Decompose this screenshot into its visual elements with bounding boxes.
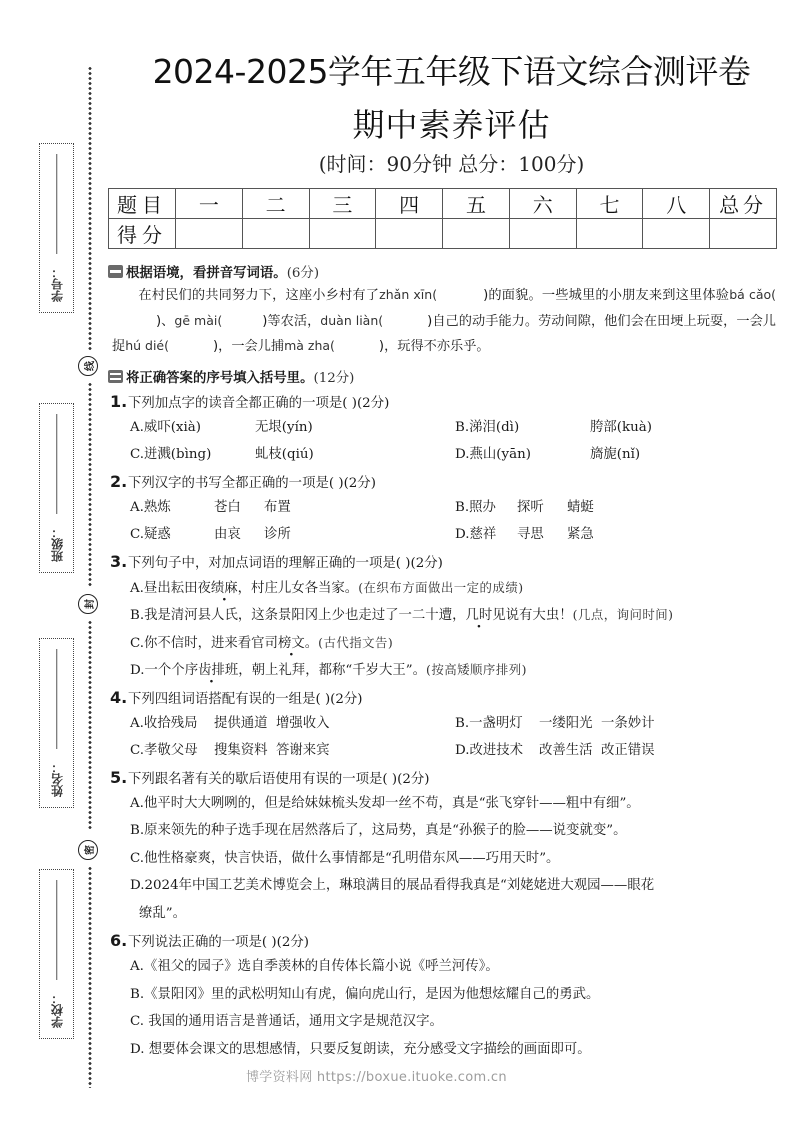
option-a[interactable]: A.昼出耘田夜绩麻，村庄儿女各当家。(在织布方面做出一定的成绩) bbox=[108, 574, 780, 602]
school-label: 学校： bbox=[48, 992, 65, 1028]
fill-line bbox=[56, 880, 58, 980]
score-cell-1[interactable] bbox=[176, 219, 243, 249]
name-field[interactable]: 姓名： bbox=[39, 638, 74, 808]
option-b[interactable]: B.一盏明灯 bbox=[455, 710, 539, 737]
question-5: 5.下列跟名著有关的歇后语使用有误的一项是( )(2分) A.他平时大大咧咧的，… bbox=[108, 766, 780, 928]
question-stem: 下列说法正确的一项是( )(2分) bbox=[128, 931, 309, 955]
col-6: 六 bbox=[509, 189, 576, 219]
fill-line bbox=[56, 154, 58, 254]
section-1-title: 根据语境，看拼音写词语。 bbox=[126, 262, 287, 281]
class-label: 班级： bbox=[48, 526, 65, 562]
option-word: 一缕阳光 bbox=[539, 710, 601, 737]
option-d-2: 旖旎(nǐ) bbox=[590, 441, 640, 468]
col-1: 一 bbox=[176, 189, 243, 219]
option-note: (在织布方面做出一定的成绩) bbox=[358, 580, 523, 595]
section-2-heading: 将正确答案的序号填入括号里。 (12分) bbox=[108, 366, 780, 388]
student-id-field[interactable]: 学号： bbox=[39, 143, 74, 313]
option-b[interactable]: B.《景阳冈》里的武松明知山有虎，偏向虎山行，是因为他想炫耀自己的勇武。 bbox=[108, 981, 780, 1009]
option-a[interactable]: A.《祖父的园子》选自季羡林的自传体长篇小说《呼兰河传》。 bbox=[108, 953, 780, 981]
score-cell-5[interactable] bbox=[443, 219, 510, 249]
name-label: 姓名： bbox=[48, 761, 65, 797]
pinyin-bacao: bá cǎo( bbox=[729, 287, 776, 302]
option-row: A.熟炼苍白布置 B.照办探听蜻蜓 bbox=[108, 494, 780, 521]
score-cell-6[interactable] bbox=[509, 219, 576, 249]
section-two-icon bbox=[108, 370, 123, 383]
score-cell-3[interactable] bbox=[309, 219, 376, 249]
passage-text: )的面貌。一些城里的小朋友来到这里体验 bbox=[483, 288, 729, 303]
col-total: 总分 bbox=[710, 189, 777, 219]
question-number: 5. bbox=[110, 766, 128, 790]
option-c-2: 虬枝(qiú) bbox=[255, 441, 314, 468]
option-d-continued: 缭乱”。 bbox=[108, 900, 780, 928]
passage-text: )等农活， bbox=[262, 314, 320, 329]
question-stem: 下列四组词语搭配有误的一组是( )(2分) bbox=[128, 688, 363, 712]
section-2-points: (12分) bbox=[313, 367, 354, 386]
option-note: (古代指文告) bbox=[318, 635, 393, 650]
option-word: 增强收入 bbox=[276, 710, 330, 737]
question-number: 3. bbox=[110, 550, 128, 574]
seal-dotted-line bbox=[88, 620, 92, 830]
option-word: 由哀 bbox=[214, 521, 264, 548]
exam-title: 2024-2025学年五年级下语文综合测评卷 bbox=[110, 46, 793, 93]
question-number: 1. bbox=[110, 390, 128, 414]
seal-mark-feng: 封 bbox=[78, 594, 98, 614]
school-field[interactable]: 学校： bbox=[39, 869, 74, 1039]
option-c[interactable]: C.他性格豪爽，快言快语，做什么事情都是“孔明借东风——巧用天时”。 bbox=[108, 845, 780, 873]
col-3: 三 bbox=[309, 189, 376, 219]
option-d[interactable]: D.一个个序齿排班，朝上礼拜，都称“千岁大王”。(按高矮顺序排列) bbox=[108, 656, 780, 684]
option-word: 改善生活 bbox=[539, 737, 601, 764]
fill-line bbox=[56, 649, 58, 749]
option-row: A.收拾残局提供通道增强收入 B.一盏明灯一缕阳光一条妙计 bbox=[108, 710, 780, 737]
option-c[interactable]: C.你不信时，进来看官司榜文。(古代指文告) bbox=[108, 629, 780, 657]
score-table-score-row: 得分 bbox=[109, 219, 777, 249]
option-row: C.疑惑由哀诊所 D.慈祥寻思紧急 bbox=[108, 521, 780, 548]
option-a[interactable]: A.他平时大大咧咧的，但是给妹妹梳头发却一丝不苟，真是“张飞穿针——粗中有细”。 bbox=[108, 790, 780, 818]
option-row: C.孝敬父母搜集资料答谢来宾 D.改进技术改善生活改正错误 bbox=[108, 737, 780, 764]
pinyin-mazha: mà zha( bbox=[284, 338, 335, 353]
option-text: D.一个个 bbox=[130, 663, 185, 678]
section-1-points: (6分) bbox=[287, 262, 319, 281]
option-d[interactable]: D.改进技术 bbox=[455, 737, 539, 764]
dotted-word: 序齿排班 bbox=[185, 663, 239, 678]
option-word: 诊所 bbox=[264, 521, 291, 548]
passage-text: )，一会儿捕 bbox=[213, 339, 284, 354]
binding-margin: 线 封 密 学号： 班级： 姓名： 学校： bbox=[0, 0, 105, 1122]
score-cell-7[interactable] bbox=[576, 219, 643, 249]
seal-mark-mi: 密 bbox=[78, 840, 98, 860]
exam-subtitle: 期中素养评估 bbox=[110, 100, 793, 146]
exam-meta: (时间：90分钟 总分：100分) bbox=[110, 148, 793, 177]
option-text: C.你不信时，进来看官司 bbox=[130, 636, 278, 651]
question-6: 6.下列说法正确的一项是( )(2分) A.《祖父的园子》选自季羡林的自传体长篇… bbox=[108, 929, 780, 1063]
option-note: (几点，询问时间) bbox=[573, 607, 674, 622]
option-a-1[interactable]: A.威吓(xià) bbox=[130, 414, 255, 441]
option-word: 苍白 bbox=[214, 494, 264, 521]
option-d[interactable]: D.2024年中国工艺美术博览会上，琳琅满目的展品看得我真是“刘姥姥进大观园——… bbox=[108, 872, 780, 900]
col-8: 八 bbox=[643, 189, 710, 219]
option-word: 提供通道 bbox=[214, 710, 276, 737]
option-d[interactable]: D. 想要体会课文的思想感情，只要反复朗读，充分感受文字描绘的画面即可。 bbox=[108, 1036, 780, 1064]
col-5: 五 bbox=[443, 189, 510, 219]
option-c-1[interactable]: C.迸溅(bìng) bbox=[130, 441, 255, 468]
question-stem: 下列汉字的书写全都正确的一项是( )(2分) bbox=[128, 472, 376, 496]
option-b[interactable]: B.原来领先的种子选手现在居然落后了，这局势，真是“孙猴子的脸——说变就变”。 bbox=[108, 817, 780, 845]
option-b[interactable]: B.照办 bbox=[455, 494, 517, 521]
option-text: B.我是清河县人氏，这条景阳冈上少也走过了一二十遭， bbox=[130, 608, 465, 623]
option-word: 蜻蜓 bbox=[567, 494, 594, 521]
row-head-score: 得分 bbox=[109, 219, 176, 249]
option-text: ，村庄儿女各当家。 bbox=[238, 581, 359, 596]
score-table: 题目 一 二 三 四 五 六 七 八 总分 得分 bbox=[108, 188, 777, 249]
score-cell-4[interactable] bbox=[376, 219, 443, 249]
option-note: (按高矮顺序排列) bbox=[426, 662, 527, 677]
option-word: 紧急 bbox=[567, 521, 594, 548]
option-word: 布置 bbox=[264, 494, 291, 521]
col-4: 四 bbox=[376, 189, 443, 219]
class-field[interactable]: 班级： bbox=[39, 403, 74, 573]
score-cell-8[interactable] bbox=[643, 219, 710, 249]
section-one-icon bbox=[108, 265, 123, 278]
option-word: 搜集资料 bbox=[214, 737, 276, 764]
option-row: C.迸溅(bìng)虬枝(qiú) D.燕山(yān)旖旎(nǐ) bbox=[108, 441, 780, 468]
passage-text: )，玩得不亦乐乎。 bbox=[379, 339, 490, 354]
option-text: 见说有大虫！ bbox=[492, 608, 572, 623]
pinyin-hudie: hú dié( bbox=[125, 338, 169, 353]
score-cell-2[interactable] bbox=[242, 219, 309, 249]
question-number: 6. bbox=[110, 929, 128, 953]
pinyin-gemai: gē mài( bbox=[174, 313, 222, 328]
option-text: ，朝上礼拜，都称“千岁大王”。 bbox=[238, 663, 426, 678]
option-a[interactable]: A.收拾残局 bbox=[130, 710, 214, 737]
option-word: 探听 bbox=[517, 494, 567, 521]
passage-text: )、 bbox=[156, 314, 174, 329]
passage-text: 在村民们的共同努力下，这座小乡村有了 bbox=[138, 288, 379, 303]
dotted-word: 榜文 bbox=[278, 636, 305, 651]
option-word: 寻思 bbox=[517, 521, 567, 548]
section-1-heading: 根据语境，看拼音写词语。 (6分) bbox=[108, 260, 780, 282]
question-1: 1.下列加点字的读音全都正确的一项是( )(2分) A.威吓(xià)无垠(yí… bbox=[108, 390, 780, 468]
question-2: 2.下列汉字的书写全都正确的一项是( )(2分) A.熟炼苍白布置 B.照办探听… bbox=[108, 470, 780, 548]
option-b[interactable]: B.我是清河县人氏，这条景阳冈上少也走过了一二十遭，几时见说有大虫！(几点，询问… bbox=[108, 601, 780, 629]
fill-line bbox=[56, 414, 58, 514]
col-2: 二 bbox=[242, 189, 309, 219]
option-c[interactable]: C.孝敬父母 bbox=[130, 737, 214, 764]
option-c[interactable]: C. 我国的通用语言是普通话，通用文字是规范汉字。 bbox=[108, 1008, 780, 1036]
section-1-passage: 在村民们的共同努力下，这座小乡村有了zhǎn xīn()的面貌。一些城里的小朋友… bbox=[112, 283, 776, 360]
option-d[interactable]: D.慈祥 bbox=[455, 521, 517, 548]
option-a-2: 无垠(yín) bbox=[255, 414, 313, 441]
col-7: 七 bbox=[576, 189, 643, 219]
seal-dotted-line bbox=[88, 382, 92, 588]
option-text: 。 bbox=[305, 636, 318, 651]
option-word: 一条妙计 bbox=[601, 710, 655, 737]
option-word: 答谢来宾 bbox=[276, 737, 330, 764]
option-text: A.昼出耘田夜 bbox=[130, 581, 211, 596]
score-table-header-row: 题目 一 二 三 四 五 六 七 八 总分 bbox=[109, 189, 777, 219]
seal-mark-xian: 线 bbox=[78, 356, 98, 376]
question-stem: 下列句子中，对加点词语的理解正确的一项是( )(2分) bbox=[128, 552, 443, 576]
row-head-items: 题目 bbox=[109, 189, 176, 219]
section-2-title: 将正确答案的序号填入括号里。 bbox=[126, 367, 313, 386]
option-d-1[interactable]: D.燕山(yān) bbox=[455, 441, 590, 468]
exam-content: 根据语境，看拼音写词语。 (6分) 在村民们的共同努力下，这座小乡村有了zhǎn… bbox=[108, 260, 780, 1063]
seal-dotted-line bbox=[88, 66, 92, 350]
dotted-word: 几时 bbox=[465, 608, 492, 623]
seal-dotted-line bbox=[88, 866, 92, 1088]
option-word: 改正错误 bbox=[601, 737, 655, 764]
option-a[interactable]: A.熟炼 bbox=[130, 494, 214, 521]
question-number: 4. bbox=[110, 686, 128, 710]
score-cell-total[interactable] bbox=[710, 219, 777, 249]
watermark: 博学资料网 https://boxue.ituoke.com.cn bbox=[246, 1066, 507, 1085]
option-b-2: 胯部(kuà) bbox=[590, 414, 652, 441]
option-c[interactable]: C.疑惑 bbox=[130, 521, 214, 548]
pinyin-zhanxin: zhǎn xīn( bbox=[379, 287, 437, 302]
option-row: A.威吓(xià)无垠(yín) B.涕泪(dì)胯部(kuà) bbox=[108, 414, 780, 441]
dotted-word: 绩麻 bbox=[211, 581, 238, 596]
question-4: 4.下列四组词语搭配有误的一组是( )(2分) A.收拾残局提供通道增强收入 B… bbox=[108, 686, 780, 764]
question-3: 3.下列句子中，对加点词语的理解正确的一项是( )(2分) A.昼出耘田夜绩麻，… bbox=[108, 550, 780, 684]
pinyin-duanlian: duàn liàn( bbox=[320, 313, 383, 328]
option-b-1[interactable]: B.涕泪(dì) bbox=[455, 414, 590, 441]
question-stem: 下列加点字的读音全都正确的一项是( )(2分) bbox=[128, 392, 389, 416]
question-stem: 下列跟名著有关的歇后语使用有误的一项是( )(2分) bbox=[128, 768, 429, 792]
student-id-label: 学号： bbox=[48, 266, 65, 302]
question-number: 2. bbox=[110, 470, 128, 494]
